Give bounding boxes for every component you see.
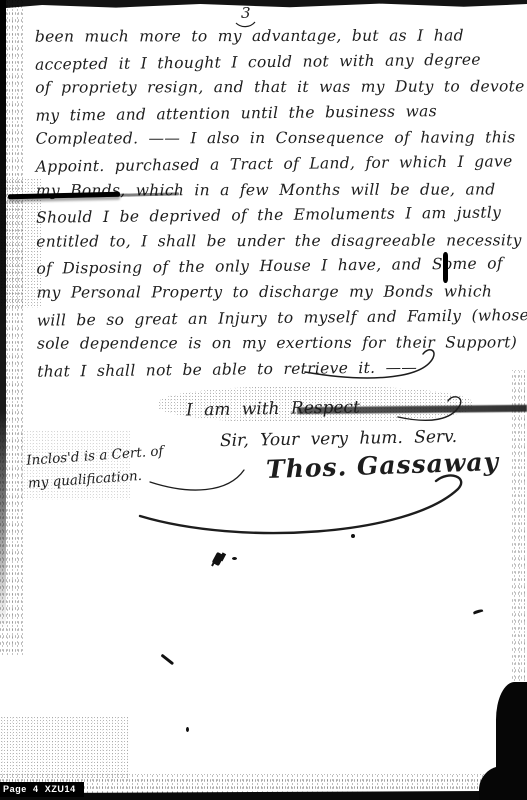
handwriting-line: sole dependence is on my exertions for t… [37,330,515,357]
ink-speck [473,609,483,614]
scan-noise-patch [0,716,130,778]
handwriting-line: accepted it I thought I could not with a… [35,47,513,78]
scan-border-left-core [0,0,6,630]
signature: Thos. Gassaway [266,447,500,484]
page-number: 3 [241,4,251,22]
scan-border-right [512,370,527,700]
handwriting-line: been much more to my advantage, but as I… [35,23,513,50]
ink-speck [161,654,174,665]
handwriting-line: entitled to, I shall be under the disagr… [36,228,514,255]
handwriting-line: Should I be deprived of the Emoluments I… [36,200,514,231]
handwriting-line: of propriety resign, and that it was my … [35,75,513,102]
closing-salutation-line: Sir, Your very hum. Serv. [220,427,457,451]
ink-speck [232,557,237,560]
handwriting-line: that I shall not be able to retrieve it.… [37,354,515,385]
ink-speck [186,727,189,732]
handwriting-body: been much more to my advantage, but as I… [35,22,515,384]
scanned-letter-page: 3 been much more to my advantage, but as… [0,0,527,800]
handwriting-line: Compleated. —— I also in Consequence of … [36,126,514,153]
ink-smear-right [297,405,527,414]
margin-note: Inclos'd is a Cert. of my qualification. [26,440,166,495]
ink-blot [443,252,448,283]
footer-page-label: Page 4 XZU14 [0,782,84,797]
handwriting-line: my Bonds, which in a few Months will be … [36,177,514,204]
handwriting-line: will be so great an Injury to myself and… [37,303,515,334]
scan-border-top [0,0,527,9]
handwriting-line: Appoint. purchased a Tract of Land, for … [36,149,514,180]
handwriting-line: my Personal Property to discharge my Bon… [37,279,515,306]
ink-speck [351,534,355,538]
handwriting-line: my time and attention until the business… [35,98,513,129]
ink-speck [212,552,225,566]
scan-corner-bottom-right-base [479,766,527,800]
